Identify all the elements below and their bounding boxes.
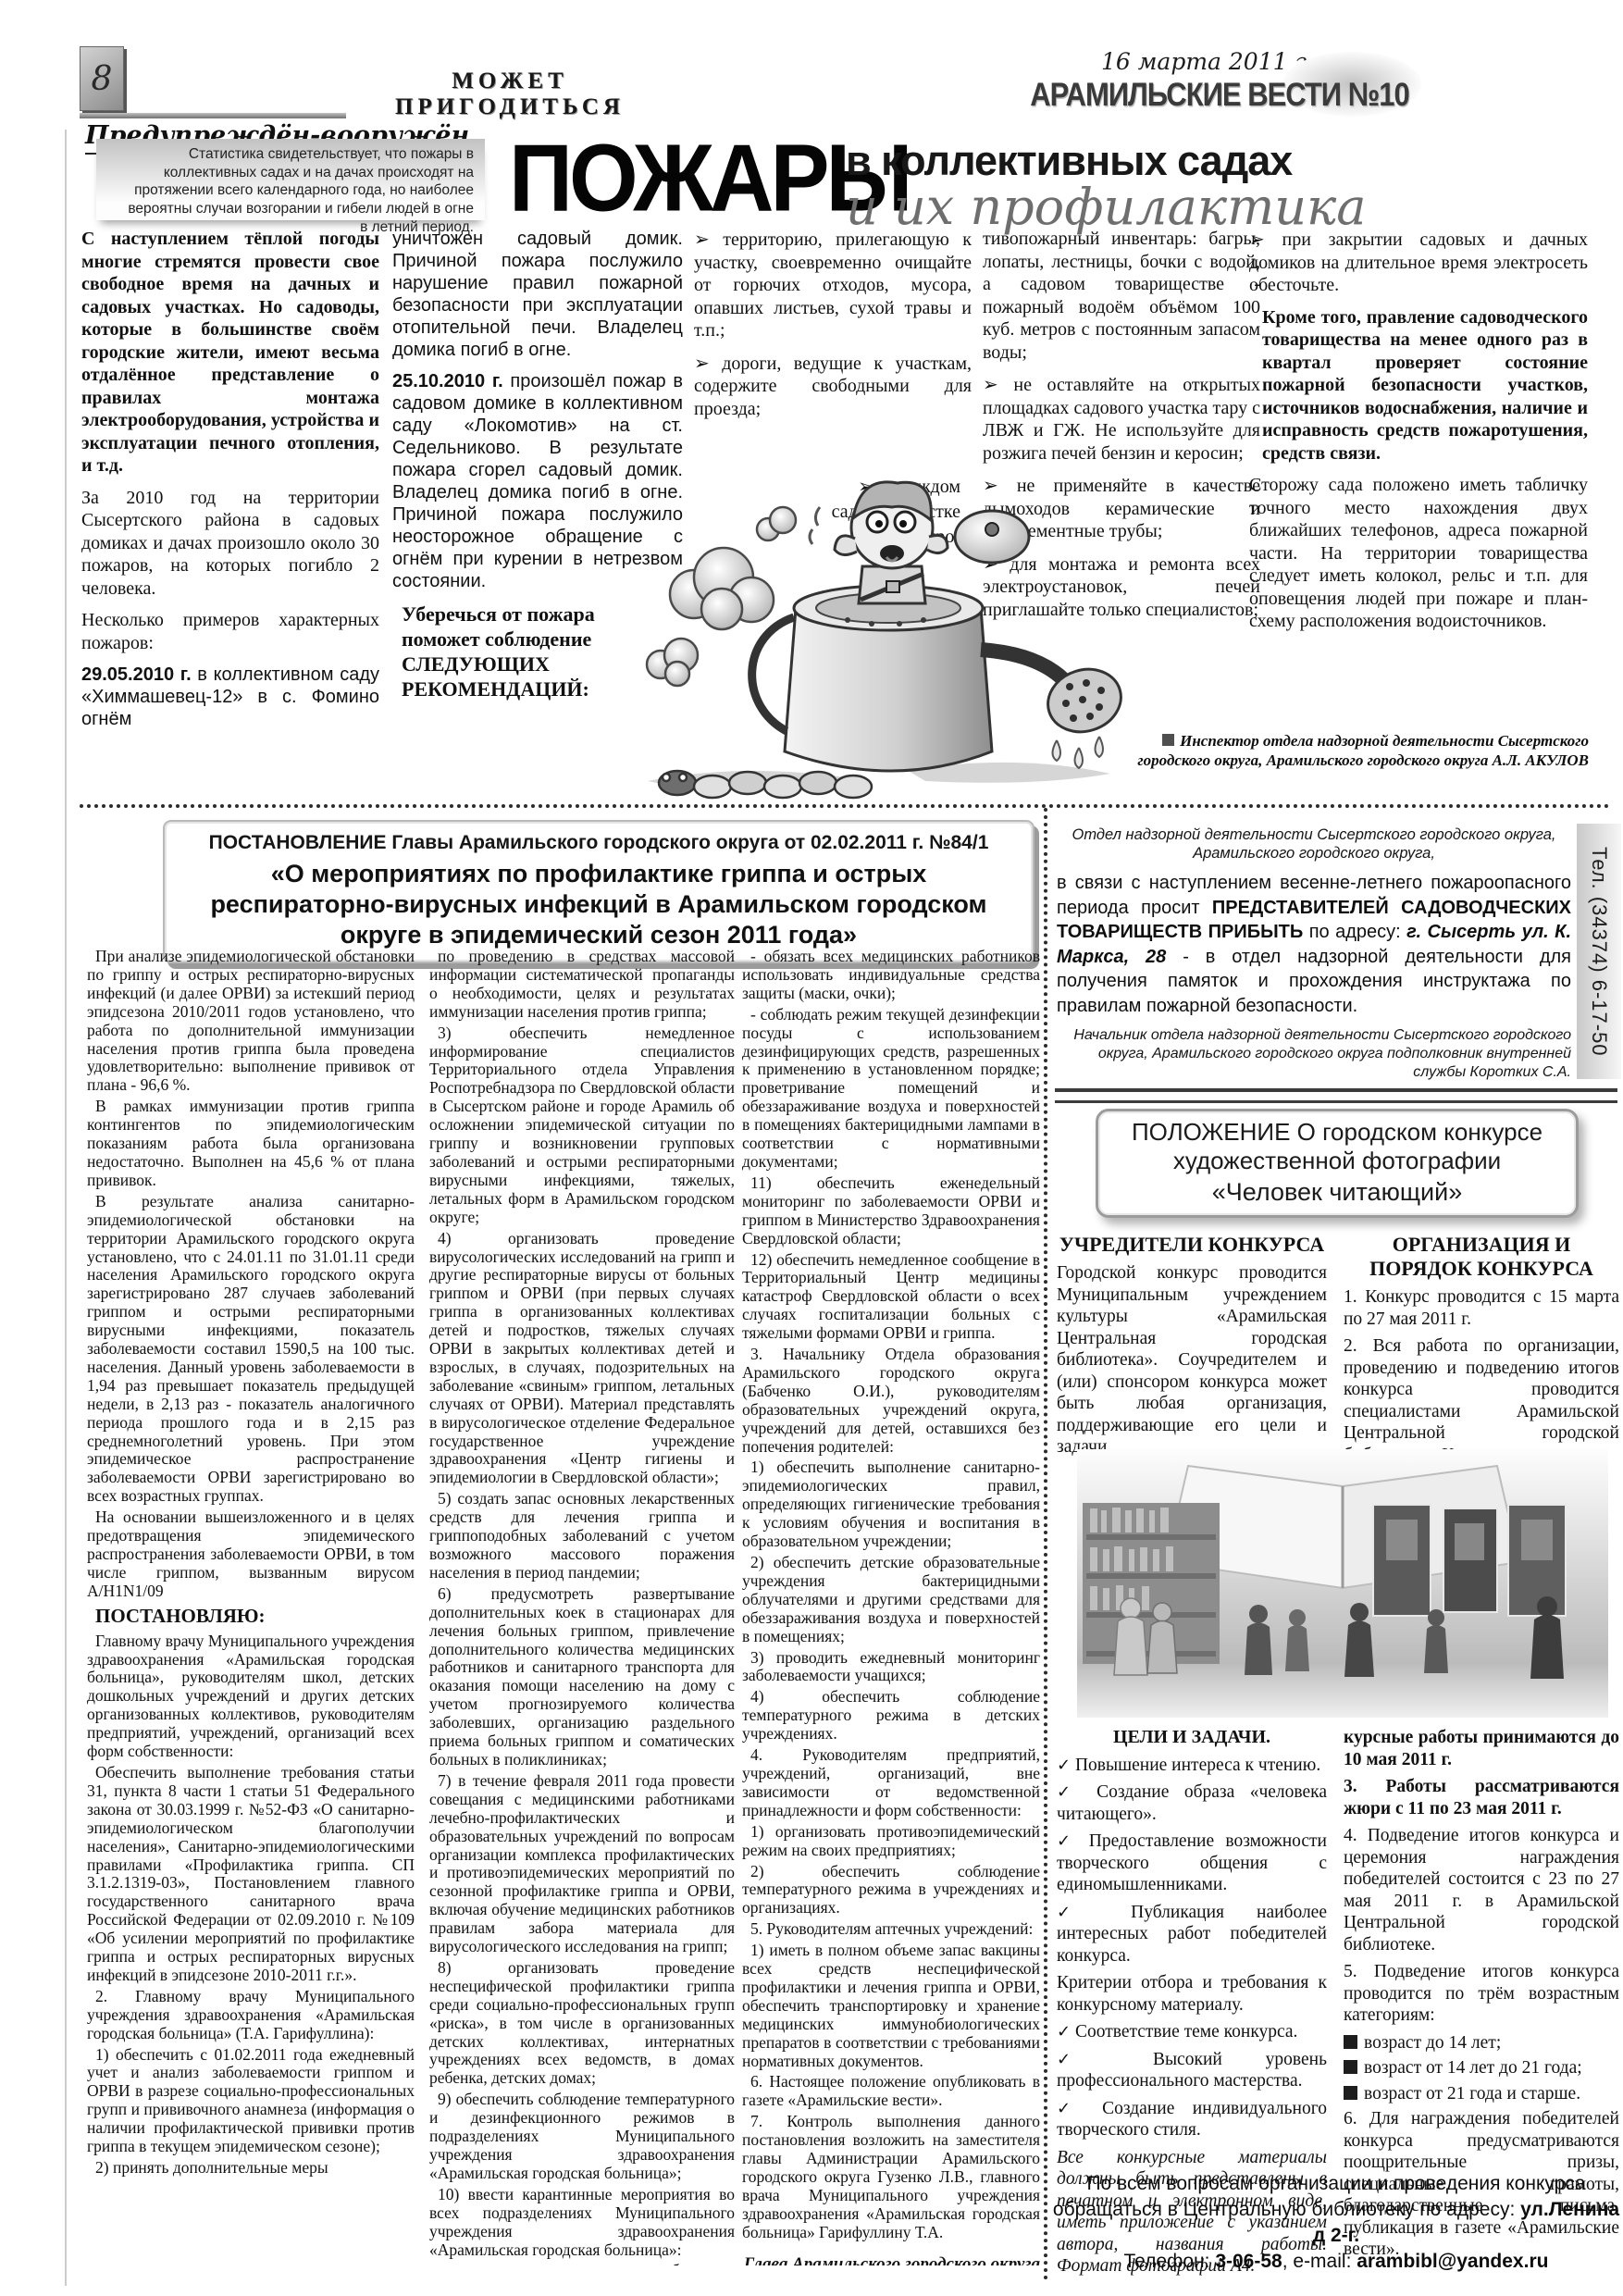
paragraph: уничтожен садовый домик. Причиной пожара… — [392, 228, 683, 361]
age-category: возраст от 14 лет до 21 года; — [1344, 2057, 1619, 2079]
schedule-item: 4. Подведение итогов конкурса и церемони… — [1344, 1825, 1619, 1955]
contact-email: arambibl@yandex.ru — [1357, 2251, 1548, 2272]
decree-column-3: - обязать всех медицинских работников ис… — [742, 948, 1040, 2265]
paragraph: 3) обеспечить немедленное информирование… — [429, 1024, 735, 1227]
contest-title-name: «Человек читающий» — [1113, 1175, 1561, 1209]
decree-column-2: по проведению в средствах массовой инфор… — [429, 948, 735, 2265]
kicker-rule — [80, 113, 346, 118]
masthead: АРАМИЛЬСКИЕ ВЕСТИ №10 — [1025, 76, 1414, 114]
list-item: ➢ дороги, ведущие к участкам, содержите … — [694, 352, 972, 421]
founders-heading: УЧРЕДИТЕЛИ КОНКУРСА — [1057, 1233, 1327, 1257]
criteria-text: Соответствие теме конкурса. — [1075, 2022, 1297, 2042]
paragraph: 10) ввести карантинные мероприятия во вс… — [429, 2186, 735, 2260]
contact-text: По всем вопросам организации и проведени… — [1053, 2173, 1586, 2220]
paragraph: по проведению в средствах массовой инфор… — [429, 948, 735, 1022]
paragraph: 5) создать запас основных лекарственных … — [429, 1490, 735, 1582]
contact-text: , e-mail: — [1282, 2251, 1357, 2272]
cartoon-character — [810, 482, 1029, 603]
fire-article-lead: Статистика свидетельствует, что пожары в… — [96, 139, 485, 220]
fire-cartoon-illustration — [629, 418, 1129, 803]
notice-text: по адресу: — [1303, 922, 1406, 942]
goal-item: ✓ Предоставление возможности творческого… — [1057, 1831, 1327, 1896]
smoke-clouds — [647, 507, 796, 686]
paragraph: 7. Контроль выполнения данного постановл… — [742, 2113, 1040, 2241]
paragraph: В рамках иммунизации против гриппа конти… — [87, 1098, 415, 1190]
paragraph: 2. Главному врачу Муниципального учрежде… — [87, 1988, 415, 2043]
paragraph: За 2010 год на территории Сысертского ра… — [81, 487, 379, 601]
paragraph: 3. Начальнику Отдела образования Арамиль… — [742, 1346, 1040, 1456]
check-icon: ✓ — [1057, 2099, 1084, 2118]
paragraph: 1) обеспечить выполнение санитарно-эпиде… — [742, 1458, 1040, 1551]
paragraph: Обеспечить выполнение требования статьи … — [87, 1764, 415, 1985]
paragraph: С наступлением тёплой погоды многие стре… — [81, 228, 379, 478]
square-bullet-icon — [1344, 2086, 1357, 2100]
board-duty-paragraph: Кроме того, правление садоводческого тов… — [1262, 306, 1588, 465]
display-panels — [1373, 1505, 1566, 1616]
paragraph: 2) принять дополнительные меры — [87, 2159, 415, 2178]
issue-number: №10 — [1348, 76, 1409, 113]
paragraph: В результате анализа санитарно-эпидемиол… — [87, 1193, 415, 1506]
goal-item: ✓ Повышение интереса к чтению. — [1057, 1755, 1327, 1777]
paragraph: 4) организовать проведение вирусологичес… — [429, 1230, 735, 1488]
check-icon: ✓ — [1057, 1831, 1078, 1851]
page-edge-line — [65, 130, 67, 2286]
arrow-icon: ➢ — [1249, 228, 1265, 250]
paragraph: 4. Руководителям предприятий, учреждений… — [742, 1746, 1040, 1820]
square-bullet-icon — [1162, 734, 1174, 746]
notice-signature: Начальник отдела надзорной деятельности … — [1057, 1026, 1571, 1082]
schedule-item: курсные работы принимаются до 10 мая 201… — [1344, 1727, 1619, 1770]
phone-banner: Тел. (34374) 6-17-50 — [1577, 824, 1621, 1079]
list-item-text: при закрытии садовых и дачных домиков на… — [1249, 230, 1588, 295]
criteria-text: Создание индивидуального творческого сти… — [1057, 2099, 1327, 2141]
section-rubric: МОЖЕТ ПРИГОДИТЬСЯ — [366, 68, 653, 120]
paragraph: 2) обеспечить детские образовательные уч… — [742, 1554, 1040, 1646]
paragraph: 3) проводить ежедневный мониторинг забол… — [742, 1649, 1040, 1686]
paragraph: Главному врачу Муниципального учреждения… — [87, 1632, 415, 1761]
contact-phone: 3-06-58 — [1215, 2251, 1282, 2272]
check-icon: ✓ — [1057, 1756, 1071, 1775]
newspaper-page: 8 МОЖЕТ ПРИГОДИТЬСЯ 16 марта 2011 г. АРА… — [0, 0, 1623, 2296]
arrow-icon: ➢ — [983, 373, 998, 395]
paragraph: 29.05.2010 г. в коллективном саду «Химма… — [81, 664, 379, 730]
check-icon: ✓ — [1057, 2050, 1109, 2069]
paragraph: 6. Настоящее положение опубликовать в га… — [742, 2073, 1040, 2110]
contest-title: ПОЛОЖЕНИЕ О городском конкурсе художеств… — [1113, 1118, 1561, 1175]
goal-text: Предоставление возможности творческого о… — [1057, 1831, 1327, 1894]
check-icon: ✓ — [1057, 2022, 1071, 2042]
list-item-text: территорию, прилегающую к участку, своев… — [694, 230, 972, 341]
arrow-icon: ➢ — [694, 352, 710, 374]
goal-item: ✓ Публикация наиболее интересных работ п… — [1057, 1902, 1327, 1967]
list-item-text: дороги, ведущие к участкам, содержите св… — [694, 354, 972, 419]
notice-body: в связи с наступлением весенне-летнего п… — [1057, 871, 1571, 1018]
fire-article-subtitle: в коллективных садах — [846, 140, 1410, 181]
square-bullet-icon — [1344, 2035, 1357, 2049]
decree-header-line: ПОСТАНОВЛЕНИЕ Главы Арамильского городск… — [180, 831, 1018, 854]
paragraph: 5. Руководителям аптечных учреждений: — [742, 1920, 1040, 1939]
schedule-item: 5. Подведение итогов конкурса проводится… — [1344, 1961, 1619, 2027]
paragraph: 2) обеспечить соблюдение температурного … — [742, 1863, 1040, 1918]
paragraph: 7) в течение февраля 2011 года провести … — [429, 1772, 735, 1956]
paragraph: 1. Конкурс проводится с 15 марта по 27 м… — [1344, 1286, 1619, 1330]
decree-column-1: При анализе эпидемиологической обстановк… — [87, 948, 415, 2265]
date-highlight: 25.10.2010 г. — [392, 371, 503, 391]
watering-can — [752, 586, 1129, 771]
paragraph: 9) обеспечить соблюдение температурного … — [429, 2091, 735, 2183]
fire-article-author: Инспектор отдела надзорной деятельности … — [1115, 731, 1589, 770]
can-lid — [955, 511, 1029, 563]
paragraph: 11) обеспечить еженедельный мониторинг п… — [742, 1174, 1040, 1248]
notice-heading: Отдел надзорной деятельности Сысертского… — [1057, 825, 1571, 863]
goal-text: Создание образа «человека читающего». — [1057, 1782, 1327, 1824]
contact-text: Телефон: — [1124, 2251, 1216, 2272]
paragraph: 6) предусмотреть развертывание дополните… — [429, 1585, 735, 1769]
age-text: возраст до 14 лет; — [1364, 2033, 1501, 2053]
founders-text: Городской конкурс проводится Муниципальн… — [1057, 1262, 1327, 1458]
age-category: возраст от 21 года и старше. — [1344, 2083, 1619, 2105]
paragraph: 2. Вся работа по организации, проведению… — [1344, 1335, 1619, 1466]
phone-number: Тел. (34374) 6-17-50 — [1587, 847, 1611, 1057]
age-category: возраст до 14 лет; — [1344, 2032, 1619, 2054]
criteria-item: ✓ Создание индивидуального творческого с… — [1057, 2098, 1327, 2141]
goals-heading: ЦЕЛИ И ЗАДАЧИ. — [1057, 1727, 1327, 1749]
goal-text: Повышение интереса к чтению. — [1075, 1756, 1320, 1775]
masthead-title: АРАМИЛЬСКИЕ ВЕСТИ — [1030, 76, 1341, 113]
paragraph: тивопожарный инвентарь: багры, лопаты, л… — [983, 228, 1260, 364]
recommendations-intro: Уберечься от пожара поможет соблюдение С… — [402, 602, 661, 701]
page-number: 8 — [80, 46, 124, 111]
paragraph: - обязать всех медицинских работников ис… — [742, 948, 1040, 1003]
decree-header-box: ПОСТАНОВЛЕНИЕ Главы Арамильского городск… — [163, 820, 1035, 963]
author-text: Инспектор отдела надзорной деятельности … — [1137, 732, 1589, 769]
paragraph: 8) организовать проведение неспецифическ… — [429, 1959, 735, 2088]
paragraph: 12) обеспечить немедленное сообщение в Т… — [742, 1251, 1040, 1344]
age-text: возраст от 21 года и старше. — [1364, 2084, 1580, 2104]
double-rule — [1055, 1088, 1617, 1103]
contest-contact: По всем вопросам организации и проведени… — [1051, 2171, 1621, 2275]
paragraph: 4) обеспечить соблюдение температурного … — [742, 1688, 1040, 1744]
paragraph: - запретить посещение больных, находящих… — [429, 2262, 735, 2265]
fire-column-1: С наступлением тёплой погоды многие стре… — [81, 228, 379, 809]
decree-signature: Глава Арамильского городского округа А.И… — [742, 2253, 1040, 2265]
inspection-notice: Отдел надзорной деятельности Сысертского… — [1057, 825, 1571, 1082]
paragraph: При анализе эпидемиологической обстановк… — [87, 948, 415, 1095]
paragraph: Сторожу сада положено иметь табличку точ… — [1249, 474, 1588, 633]
list-item: ➢ территорию, прилегающую к участку, сво… — [694, 228, 972, 342]
organization-heading: ОРГАНИЗАЦИЯ И ПОРЯДОК КОНКУРСА — [1344, 1233, 1619, 1281]
contest-title-box: ПОЛОЖЕНИЕ О городском конкурсе художеств… — [1096, 1109, 1579, 1218]
paragraph: 1) иметь в полном объеме запас вакцины в… — [742, 1942, 1040, 2070]
dotted-rule-horizontal — [80, 804, 1610, 808]
decree-resolve-heading: ПОСТАНОВЛЯЮ: — [87, 1607, 415, 1626]
check-icon: ✓ — [1057, 1903, 1098, 1922]
age-text: возраст от 14 лет до 21 года; — [1364, 2058, 1582, 2078]
page-number-text: 8 — [92, 60, 113, 98]
fire-article-subtitle-script: и их профилактика — [846, 182, 1410, 232]
check-icon: ✓ — [1057, 1782, 1082, 1802]
criteria-item: ✓ Соответствие теме конкурса. — [1057, 2021, 1327, 2043]
schedule-item: 3. Работы рассматриваются жюри с 11 по 2… — [1344, 1776, 1619, 1819]
decree-title: «О мероприятиях по профилактике гриппа и… — [180, 859, 1018, 950]
criteria-heading: Критерии отбора и требования к конкурсно… — [1057, 1972, 1327, 2016]
goal-item: ✓ Создание образа «человека читающего». — [1057, 1781, 1327, 1825]
paragraph: 1) организовать противоэпидемический реж… — [742, 1823, 1040, 1860]
list-item: ➢ при закрытии садовых и дачных домиков … — [1249, 228, 1588, 297]
paragraph: 1) обеспечить с 01.02.2011 года ежедневн… — [87, 2046, 415, 2156]
contest-founders-column: УЧРЕДИТЕЛИ КОНКУРСА Городской конкурс пр… — [1057, 1233, 1327, 1464]
water-drops — [1053, 737, 1104, 768]
criteria-item: ✓ Высокий уровень профессионального маст… — [1057, 2049, 1327, 2092]
contest-organization-column: ОРГАНИЗАЦИЯ И ПОРЯДОК КОНКУРСА 1. Конкур… — [1344, 1233, 1619, 1471]
library-photo — [1077, 1449, 1608, 1718]
date-highlight: 29.05.2010 г. — [81, 664, 192, 685]
arrow-icon: ➢ — [694, 228, 710, 250]
dotted-rule-vertical — [1044, 808, 1047, 2281]
paragraph: Несколько примеров характерных пожаров: — [81, 609, 379, 654]
paragraph: На основании вышеизложенного и в целях п… — [87, 1508, 415, 1601]
paragraph: - соблюдать режим текущей дезинфекции по… — [742, 1006, 1040, 1172]
fire-column-5: ➢ при закрытии садовых и дачных домиков … — [1249, 228, 1588, 809]
square-bullet-icon — [1344, 2060, 1357, 2074]
